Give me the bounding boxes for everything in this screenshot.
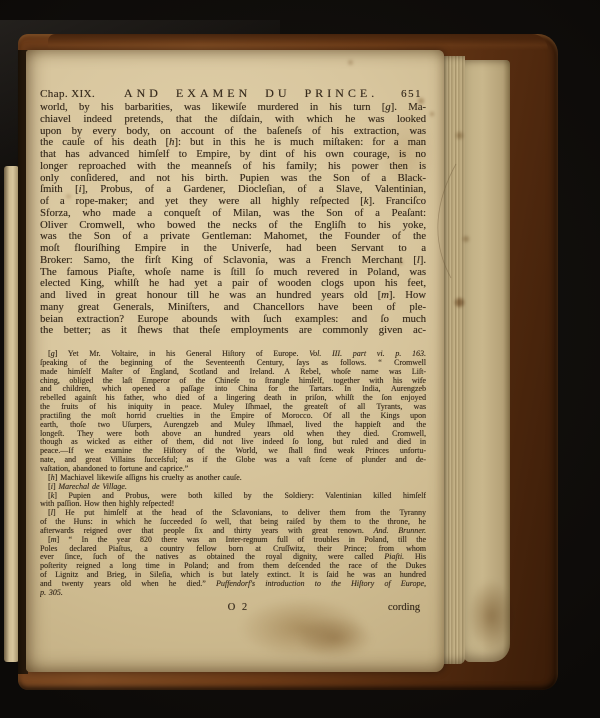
text-line: and children, which opened a paſſage int…	[40, 385, 426, 394]
text-line: nate, and great Villains ſucceſsful; as …	[40, 456, 426, 465]
text-line: the cauſe of his death [h]: but in this …	[40, 137, 426, 149]
text-line: Oliver Cromwell, who bowed the necks of …	[40, 220, 426, 232]
signature-mark: O 2	[228, 602, 249, 613]
text-line: beian extraction? Europe abounds with ſu…	[40, 314, 426, 326]
text-line: peace.—If we examine the Hiſtory of the …	[40, 447, 426, 456]
text-line: upon by every body, on account of the ba…	[40, 126, 426, 138]
chapter-label: Chap. XIX.	[40, 88, 95, 100]
text-line: ever ſince, ſuch of the natives as obtai…	[40, 553, 426, 562]
text-line: [h] Machiavel likewiſe aſſigns his cruel…	[40, 474, 426, 483]
main-text-block: world, by his barbarities, was likewiſe …	[40, 102, 426, 337]
text-line: many great Generals, Miniſters, and Chan…	[40, 302, 426, 314]
text-line: of a rope-maker; and yet they were all h…	[40, 196, 426, 208]
text-line: vaſtation, abandoned to fortune and capr…	[40, 465, 426, 474]
running-title: AND EXAMEN DU PRINCE.	[95, 86, 401, 101]
text-line: of the Huns: in which he ſucceeded ſo we…	[40, 518, 426, 527]
text-line: [k] Pupien and Probus, were both killed …	[40, 492, 426, 501]
text-line: that has advanced himſelf to Empire, by …	[40, 149, 426, 161]
foxing-spot	[430, 112, 434, 116]
fore-edge-page-stack	[443, 56, 465, 664]
foxing-spot	[348, 60, 353, 65]
text-line: poſterity reigned a long time in Poland;…	[40, 562, 426, 571]
text-line: only conſidered, and not his birth. Pupi…	[40, 173, 426, 185]
text-line: ſpeaking of the beginning of the Sevente…	[40, 359, 426, 368]
text-line: ſmith [i], Probus, of a Gardener, Diocle…	[40, 184, 426, 196]
text-line: The famous Piaſte, whoſe name is ſtill ſ…	[40, 267, 426, 279]
page-number: 651	[401, 88, 426, 100]
page-header: Chap. XIX. AND EXAMEN DU PRINCE. 651	[40, 86, 426, 101]
text-line: longer reproached with the meanneſs of h…	[40, 161, 426, 173]
page-stain	[296, 616, 374, 660]
text-line: [m] “ In the year 820 there was an Inter…	[40, 536, 426, 545]
text-line: earth, thoſe two Uſurpers, Aurengzeb and…	[40, 421, 426, 430]
text-line: longeſt. They were both above an hundred…	[40, 430, 426, 439]
text-line: world, by his barbarities, was likewiſe …	[40, 102, 426, 114]
text-line: Sforza, who made a conqueſt of Milan, wa…	[40, 208, 426, 220]
text-line: of Lignitz and Brieg, in Sileſia, which …	[40, 571, 426, 580]
text-line: the better; as it ſhews that theſe emplo…	[40, 325, 426, 337]
text-line: Poles declared Piaſtus, a country fellow…	[40, 545, 426, 554]
text-line: chiavel indeed pretends, that the diſdai…	[40, 114, 426, 126]
text-line: [g] Yet Mr. Voltaire, in his General Hiſ…	[40, 350, 426, 359]
text-line: practiſing the moſt horrid cruelties in …	[40, 412, 426, 421]
back-cover-inner-edge	[464, 60, 510, 662]
text-line: ching, obliged the laſt Emperor of the C…	[40, 377, 426, 386]
opposite-page-edge	[4, 166, 19, 662]
text-line: elected King, whilſt he had yet a pair o…	[40, 278, 426, 290]
book-page: Chap. XIX. AND EXAMEN DU PRINCE. 651 wor…	[26, 50, 444, 672]
page-content: Chap. XIX. AND EXAMEN DU PRINCE. 651 wor…	[40, 86, 426, 615]
photo-background: Chap. XIX. AND EXAMEN DU PRINCE. 651 wor…	[0, 0, 600, 718]
text-line: [l] He put himſelf at the head of the Sc…	[40, 509, 426, 518]
text-line: p. 305.	[40, 589, 426, 598]
text-line: with paſſion. How then highly reſpected!	[40, 500, 426, 509]
text-line: though as wicked as either of them, did …	[40, 438, 426, 447]
text-line: Broker: Samo, the firſt King of Sclavoni…	[40, 255, 426, 267]
text-line: the fruits of his iniquity in peace. Mul…	[40, 403, 426, 412]
text-line: moſt flouriſhing Empire in the Univerſe,…	[40, 243, 426, 255]
text-line: and twenty years old when he died.” Puff…	[40, 580, 426, 589]
catchword: cording	[388, 602, 420, 613]
text-line: rebelled againſt his father, who died of…	[40, 394, 426, 403]
text-line: was the Son of a private Gentleman: Maho…	[40, 231, 426, 243]
text-line: afterwards reigned over that people ſix …	[40, 527, 426, 536]
text-line: [i] Marechal de Village.	[40, 483, 426, 492]
text-line: and lived in great honour till he was an…	[40, 290, 426, 302]
signature-row: O 2 cording	[40, 602, 426, 615]
footnotes-block: [g] Yet Mr. Voltaire, in his General Hiſ…	[40, 350, 426, 598]
text-line: made himſelf Maſter of England, Scotland…	[40, 368, 426, 377]
